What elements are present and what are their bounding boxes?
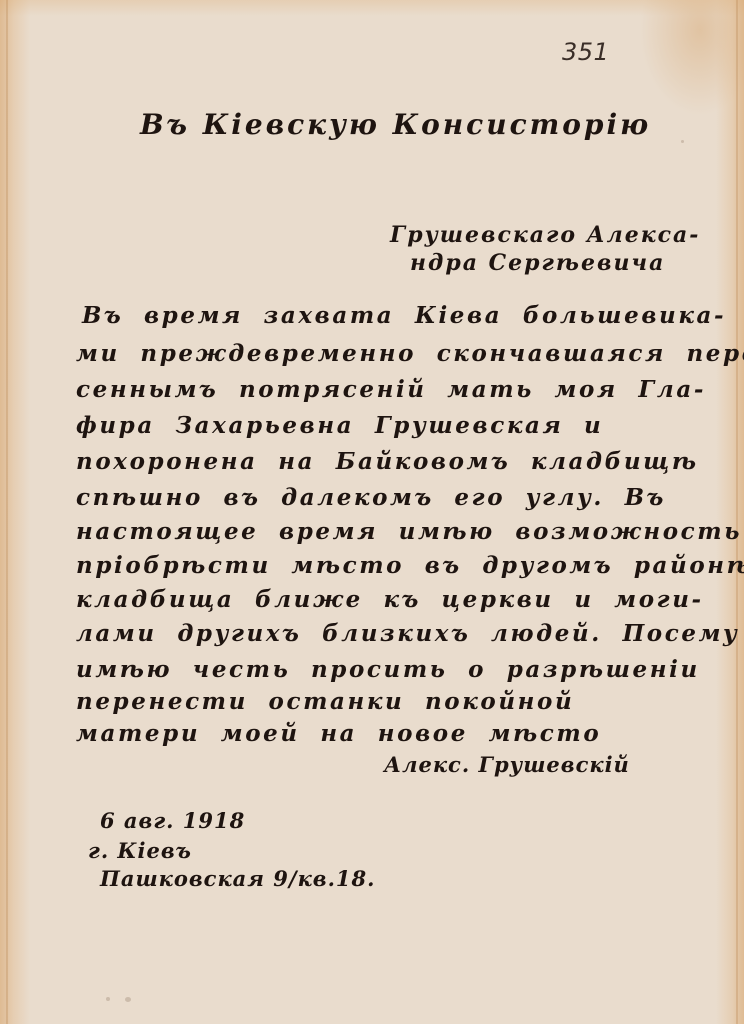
body-line-4: фира Захарьевна Грушевская и (76, 412, 603, 439)
footer-address: Пашковская 9/кв.18. (100, 866, 375, 891)
body-line-9: кладбища ближе къ церкви и моги- (76, 586, 704, 613)
body-line-5: похоронена на Байковомъ кладбищѣ (76, 448, 699, 475)
body-line-13: матери моей на новое мѣсто (76, 720, 601, 747)
ink-speck (106, 997, 110, 1001)
right-edge-line (736, 0, 738, 1024)
body-line-6: спѣшно въ далекомъ его углу. Въ (76, 484, 666, 511)
body-line-10: лами другихъ близкихъ людей. Посему (76, 620, 739, 647)
ink-speck (681, 140, 684, 143)
body-line-1: Въ время захвата Кіева большевика- (82, 302, 726, 329)
addressee-heading: Въ Кіевскую Консисторію (140, 108, 651, 141)
footer-city: г. Кіевъ (88, 838, 192, 863)
folio-number: 351 (562, 38, 609, 66)
document-page: 351 Въ Кіевскую Консисторію Грушевскаго … (0, 0, 744, 1024)
sender-line-1: Грушевскаго Алекса- (390, 222, 700, 248)
signature: Алекс. Грушевскій (384, 752, 630, 777)
body-line-7: настоящее время имѣю возможность (76, 518, 742, 545)
body-line-11: имѣю честь просить о разрѣшеніи (76, 656, 700, 683)
body-line-8: пріобрѣсти мѣсто въ другомъ районѣ (76, 552, 744, 579)
ink-speck (125, 997, 131, 1002)
sender-line-2: ндра Сергѣевича (410, 250, 665, 276)
body-line-12: перенести останки покойной (76, 688, 574, 715)
footer-date: 6 авг. 1918 (100, 808, 245, 833)
left-edge-line (6, 0, 8, 1024)
body-line-2: ми преждевременно скончавшаяся пере- (76, 340, 744, 367)
body-line-3: сеннымъ потрясеній мать моя Гла- (76, 376, 706, 403)
